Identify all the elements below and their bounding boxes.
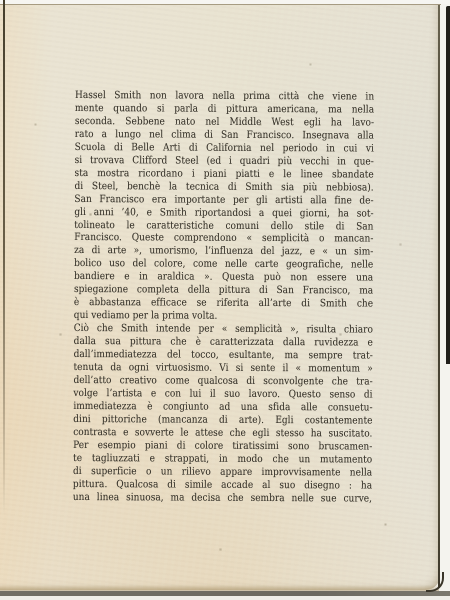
book-page: Hassel Smith non lavora nella prima citt… xyxy=(0,4,440,590)
text-line: di Steel, benchè la tecnica di Smith sia… xyxy=(74,180,373,195)
text-line: bolico uso del colore, come nelle carte … xyxy=(74,258,373,273)
scanned-page-root: Hassel Smith non lavora nella prima citt… xyxy=(0,0,450,600)
text-line: gli anni ’40, e Smith riportandosi a que… xyxy=(74,206,373,221)
text-line: contrasta e sovverte le attese che egli … xyxy=(73,426,372,441)
text-line: dalla sua pittura che è caratterizzata d… xyxy=(74,336,373,351)
page-top-edge xyxy=(0,4,441,5)
text-line: Hassel Smith non lavora nella prima citt… xyxy=(75,90,374,105)
text-line: pittura. Qualcosa di simile accade al su… xyxy=(73,478,372,493)
backdrop-sliver xyxy=(446,6,450,364)
page-right-edge xyxy=(438,5,440,588)
body-text: Hassel Smith non lavora nella prima citt… xyxy=(73,90,374,506)
text-line: dell’atto creativo come qualcosa di scon… xyxy=(73,374,372,389)
text-line: spiegazione completa della pittura di Sa… xyxy=(74,284,373,299)
scan-bottom-margin xyxy=(0,596,450,600)
text-line: dini pittoriche (mancanza di arte). Egli… xyxy=(73,413,372,428)
text-line: bandiere e in araldica ». Questa può non… xyxy=(74,271,373,286)
text-line: Per esempio piani di colore tiratissimi … xyxy=(73,439,372,454)
text-line: dall’immediatezza del tocco, esultante, … xyxy=(74,349,373,364)
text-line: seconda. Sebbene nato nel Middle West eg… xyxy=(75,115,374,130)
text-line: Scuola di Belle Arti di California nel p… xyxy=(75,141,374,156)
text-line: qui vediamo per la prima volta. xyxy=(74,310,373,325)
page-left-edge xyxy=(3,0,5,560)
text-line: Ciò che Smith intende per « semplicità »… xyxy=(74,323,373,338)
text-line: rato a lungo nel clima di San Francisco.… xyxy=(75,128,374,143)
text-line: volge l’artista e con lui il suo lavoro.… xyxy=(73,387,372,402)
text-line: si trovava Clifford Steel (ed i quadri p… xyxy=(75,154,374,169)
text-line: te tagliuzzati e strappati, in modo che … xyxy=(73,452,372,467)
text-line: è abbastanza efficace se riferita all’ar… xyxy=(74,297,373,312)
text-line: mente quando si parla di pittura america… xyxy=(75,102,374,117)
text-line: sta mostra ricordano i piani piatti e le… xyxy=(75,167,374,182)
text-line: tenuta da ogni virtuosismo. Vi si sente … xyxy=(74,362,373,377)
text-line: immediatezza è congiunto ad una sfida al… xyxy=(73,400,372,415)
text-line: di superficie o un rilievo appare improv… xyxy=(73,465,372,480)
text-line: una linea sinuosa, ma decisa che sembra … xyxy=(73,491,372,506)
text-line: San Francisco era importante per gli art… xyxy=(74,193,373,208)
